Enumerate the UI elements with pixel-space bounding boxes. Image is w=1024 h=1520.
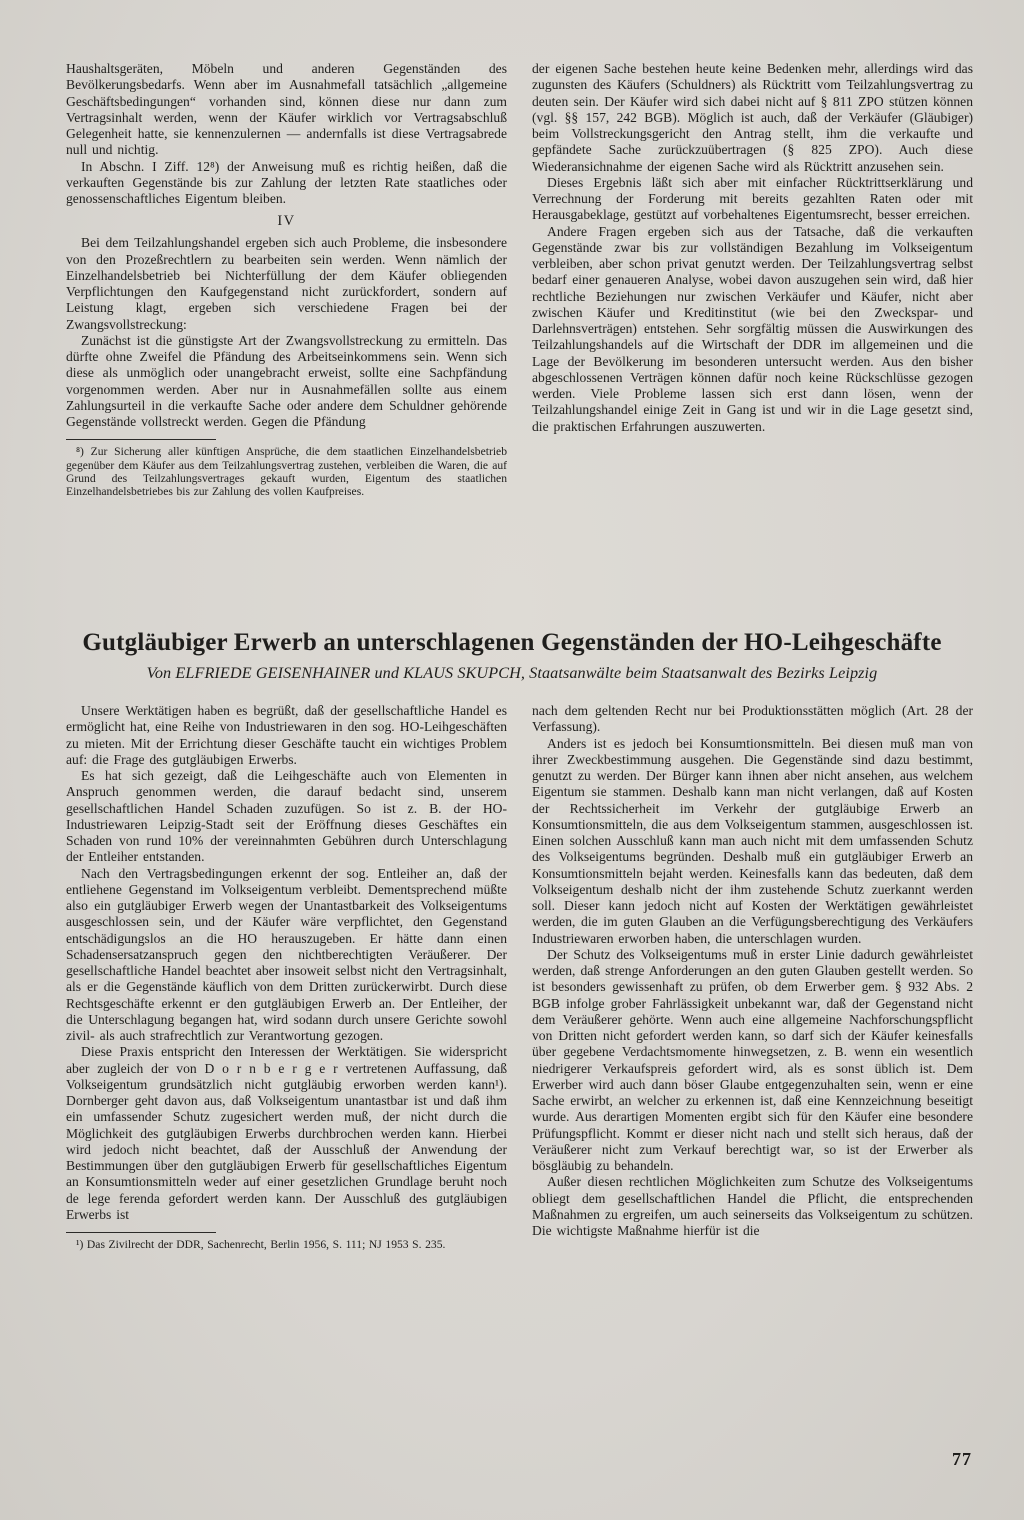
paragraph: Außer diesen rechtlichen Möglichkeiten z… <box>532 1174 973 1239</box>
paragraph: Zunächst ist die günstigste Art der Zwan… <box>66 333 507 431</box>
paragraph: Diese Praxis entspricht den Interessen d… <box>66 1044 507 1223</box>
prev-article-right-column: der eigenen Sache bestehen heute keine B… <box>532 61 973 631</box>
footnote-separator <box>66 439 216 440</box>
footnote-8: ⁸) Zur Sicherung aller künftigen Ansprüc… <box>66 445 507 498</box>
paragraph: Es hat sich gezeigt, daß die Leihgeschäf… <box>66 768 507 866</box>
footnote-1: ¹) Das Zivilrecht der DDR, Sachenrecht, … <box>66 1238 507 1251</box>
scanned-journal-page: Haushaltsgeräten, Möbeln und anderen Geg… <box>0 0 1024 1520</box>
page-number: 77 <box>952 1449 972 1470</box>
paragraph: Unsere Werktätigen haben es begrüßt, daß… <box>66 703 507 768</box>
main-article-left-column: Unsere Werktätigen haben es begrüßt, daß… <box>66 703 507 1493</box>
prev-article-left-column: Haushaltsgeräten, Möbeln und anderen Geg… <box>66 61 507 631</box>
footnote-separator <box>66 1232 216 1233</box>
article-title: Gutgläubiger Erwerb an unterschlagenen G… <box>40 629 984 657</box>
paragraph: Nach den Vertragsbedingungen erkennt der… <box>66 866 507 1045</box>
section-heading-iv: IV <box>66 213 507 230</box>
paragraph: Anders ist es jedoch bei Konsumtionsmitt… <box>532 736 973 947</box>
paragraph: In Abschn. I Ziff. 12⁸) der Anweisung mu… <box>66 159 507 208</box>
main-article-header: Gutgläubiger Erwerb an unterschlagenen G… <box>40 629 984 683</box>
paragraph: der eigenen Sache bestehen heute keine B… <box>532 61 973 175</box>
paragraph: Dieses Ergebnis läßt sich aber mit einfa… <box>532 175 973 224</box>
paragraph: Der Schutz des Volkseigentums muß in ers… <box>532 947 973 1175</box>
paragraph: Haushaltsgeräten, Möbeln und anderen Geg… <box>66 61 507 159</box>
main-article-right-column: nach dem geltenden Recht nur bei Produkt… <box>532 703 973 1493</box>
article-byline: Von ELFRIEDE GEISENHAINER und KLAUS SKUP… <box>40 664 984 683</box>
paragraph: Andere Fragen ergeben sich aus der Tatsa… <box>532 224 973 435</box>
paragraph: nach dem geltenden Recht nur bei Produkt… <box>532 703 973 736</box>
paragraph: Bei dem Teilzahlungshandel ergeben sich … <box>66 235 507 333</box>
